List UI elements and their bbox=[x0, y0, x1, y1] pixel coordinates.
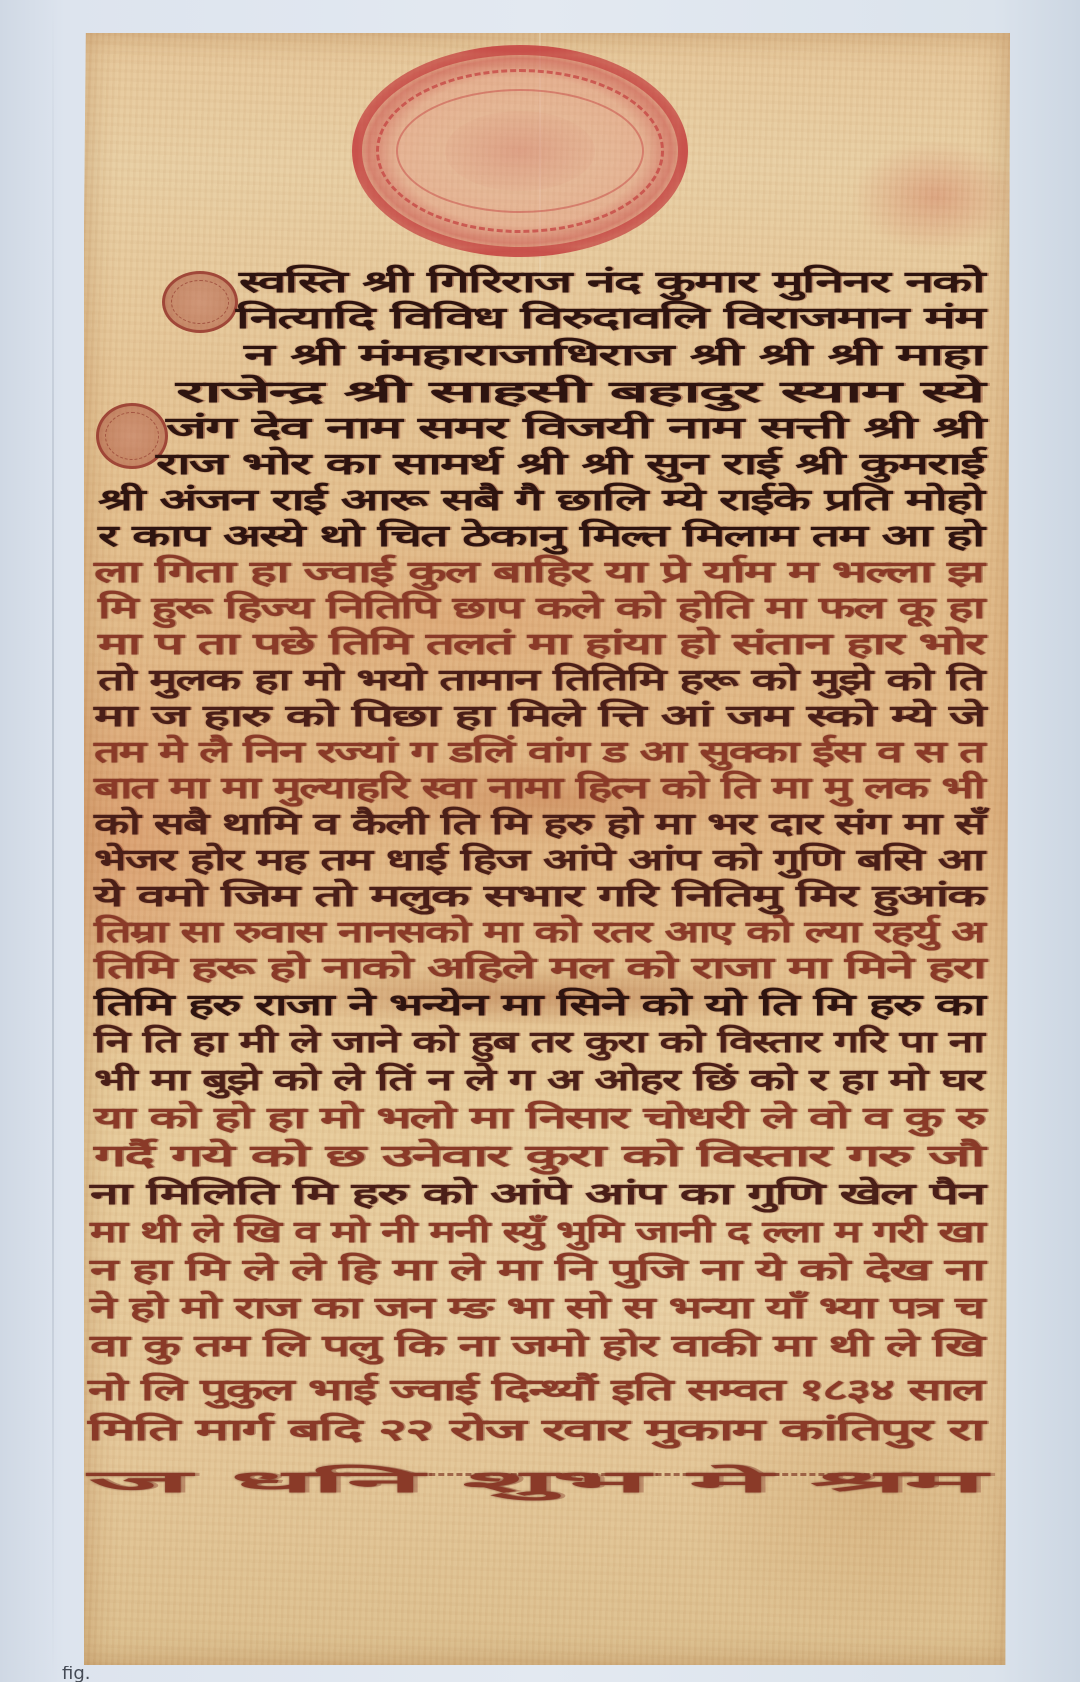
text-line: तम मे लै निन रज्यां ग डलिं वांग ड आ सुक्… bbox=[94, 735, 984, 771]
text-line: मा थी ले खि व मो नी मनी स्युँ भुमि जानी … bbox=[90, 1215, 984, 1251]
text-line: स्वस्ति श्री गिरिराज नंद कुमार मुनिनर नक… bbox=[239, 265, 984, 301]
text-line: तिमि हरू हो नाको अहिले मल को राजा मा मिन… bbox=[94, 951, 985, 987]
text-line: राजेन्द्र श्री साहसी बहादुर स्याम स्ये bbox=[176, 375, 983, 411]
text-line: वा कु तम लि पलु कि ना जमो होर वाकी मा थी… bbox=[90, 1329, 983, 1365]
text-line: न हा मि ले ले हि मा ले मा नि पुजि ना ये … bbox=[90, 1253, 984, 1289]
text-line: श्री अंजन राई आरू सबै गै छालि म्ये राईके… bbox=[98, 483, 983, 519]
text-line: बात मा मा मुल्याहरि स्वा नामा हित्न को त… bbox=[94, 771, 984, 807]
text-line: ज धनि शुभ मे श्रम bbox=[88, 1465, 982, 1501]
figure-caption: fig. bbox=[62, 1666, 91, 1682]
text-line: या को हो हा मो भलो मा निसार चोधरी ले वो … bbox=[94, 1101, 984, 1137]
text-line: तो मुलक हा मो भयो तामान तितिमि हरू को मु… bbox=[98, 663, 984, 699]
page-crease bbox=[52, 0, 54, 1682]
text-line: राज भोर का सामर्थ श्री श्री सुन राई श्री… bbox=[156, 447, 984, 483]
text-line: को सबै थामि व कैली ति मि हरु हो मा भर दा… bbox=[94, 807, 984, 843]
text-line: तिमि हरु राजा ने भन्येन मा सिने को यो ति… bbox=[94, 988, 984, 1024]
text-line: मिति मार्ग बदि २२ रोज रवार मुकाम कांतिपु… bbox=[88, 1413, 984, 1449]
text-line: भी मा बुझे को ले तिं न ले ग अ ओहर छिं को… bbox=[94, 1063, 983, 1099]
text-line: मि हुरू हिज्य नितिपि छाप कले को होति मा … bbox=[98, 591, 984, 627]
text-line: ला गिता हा ज्वाई कुल बाहिर या प्रे र्याम… bbox=[94, 555, 983, 591]
manuscript-paper: स्वस्ति श्री गिरिराज नंद कुमार मुनिनर नक… bbox=[84, 33, 1010, 1665]
text-line: भेजर होर मह तम धाई हिज आंपे आंप को गुणि … bbox=[94, 843, 984, 879]
text-line: ने हो मो राज का जन म्ङ भा सो स भन्या याँ… bbox=[90, 1291, 984, 1327]
text-line: जंग देव नाम समर विजयी नाम सत्ती श्री श्र… bbox=[166, 411, 984, 447]
text-line: तिम्रा सा रुवास नानसको मा को रतर आए को ल… bbox=[94, 915, 984, 951]
text-line: मा ज हारु को पिछा हा मिले त्ति आं जम स्क… bbox=[94, 699, 985, 735]
text-line: ना मिलिति मि हरु को आंपे आंप का गुणि खेल… bbox=[90, 1177, 984, 1213]
text-line: र काप अस्ये थो चित ठेकानु मिल्त मिलाम तम… bbox=[98, 519, 983, 555]
manuscript-text: स्वस्ति श्री गिरिराज नंद कुमार मुनिनर नक… bbox=[84, 33, 1010, 1665]
text-line: नित्यादि विविध विरुदावलि विराजमान मंम bbox=[236, 301, 984, 337]
text-line: नि ति हा मी ले जाने को हुब तर कुरा को वि… bbox=[94, 1025, 983, 1061]
text-line: न श्री मंमहाराजाधिराज श्री श्री श्री माह… bbox=[244, 338, 984, 374]
text-line: गर्दै गये को छ उनेवार कुरा को विस्तार गर… bbox=[94, 1139, 984, 1175]
text-line: ये वमो जिम तो मलुक सभार गरि नितिमु मिर ह… bbox=[94, 879, 984, 915]
text-line: मा प ता पछे तिमि तलतं मा हांया हो संतान … bbox=[98, 627, 984, 663]
text-line: नो लि पुकुल भाई ज्वाई दिन्थ्यौं इति सम्व… bbox=[88, 1373, 983, 1409]
